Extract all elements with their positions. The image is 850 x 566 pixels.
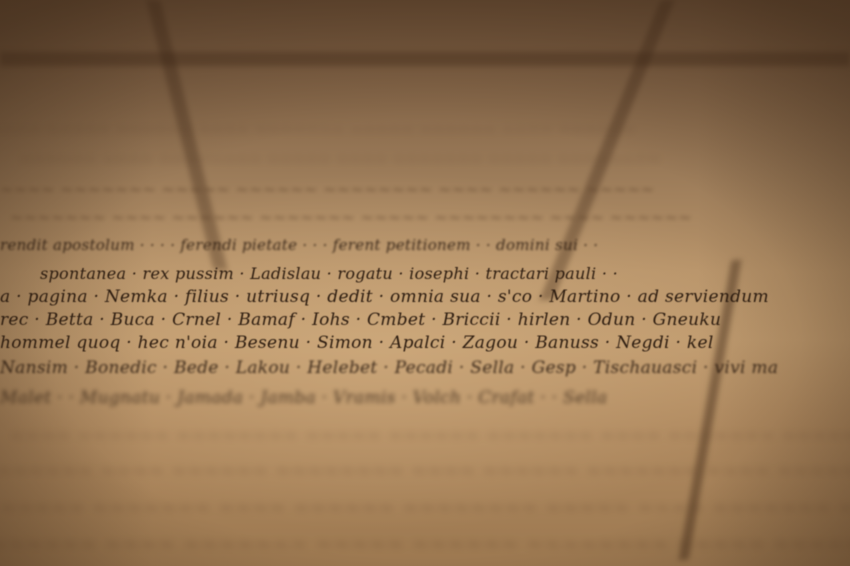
manuscript-line: rendit apostolum · · · · ferendi pietate… bbox=[0, 236, 598, 254]
manuscript-line: rec · Betta · Buca · Crnel · Bamaf · Ioh… bbox=[0, 310, 721, 330]
manuscript-line: Malet · · Mugnatu · Jamada · Jamba · Vra… bbox=[0, 388, 607, 408]
manuscript-line: Nansim · Bonedic · Bede · Lakou · Helebe… bbox=[0, 358, 778, 378]
blurred-text-line: ~~~~ ~~~~~~ ~~~~~~~~ ~~~~~ ~~~~~~ ~~~~~~… bbox=[10, 425, 850, 446]
blurred-text-line: ~~~~~~ ~~~~ ~~~~~~~~ ~~~~~ ~~~~ ~~~~~~~ … bbox=[20, 150, 660, 168]
blurred-text-line: ~~~~~~~ ~~~~ ~~~~~~ ~~~~~~~ ~~~~~ ~~~~~~… bbox=[10, 208, 692, 227]
blurred-text-line: ~~~~~~ ~~~~ ~~~~~~~ ~~~~~ ~~~~~~ ~~~~~~~… bbox=[0, 532, 850, 556]
manuscript-line: spontanea · rex pussim · Ladislau · roga… bbox=[40, 264, 618, 283]
blurred-text-line: ~~~~~~~ ~~~~ ~~~~~~ ~~~~~~~~ ~~~~ ~~~~~~… bbox=[0, 460, 850, 482]
manuscript-line: a · pagina · Nemka · filius · utriusq · … bbox=[0, 287, 769, 307]
fold-crease-horizontal bbox=[0, 52, 850, 66]
blurred-text-line: ~~~~ ~~~~~ ~~~~~~ ~~~~ ~~~~~~~ ~~~~~ ~~~… bbox=[0, 120, 635, 138]
blurred-text-line: ~~~~ ~~~~~~~ ~~~~~ ~~~~~~ ~~~~~~~~ ~~~~ … bbox=[0, 180, 654, 199]
manuscript-line: hommel quoq · hec n'oia · Besenu · Simon… bbox=[0, 333, 714, 353]
blurred-text-line: ~~~~~ ~~~~~~~ ~~~~ ~~~~~~ ~~~~~~~~ ~~~~~… bbox=[0, 495, 850, 519]
manuscript-photo: ~~~~ ~~~~~ ~~~~~~ ~~~~ ~~~~~~~ ~~~~~ ~~~… bbox=[0, 0, 850, 566]
